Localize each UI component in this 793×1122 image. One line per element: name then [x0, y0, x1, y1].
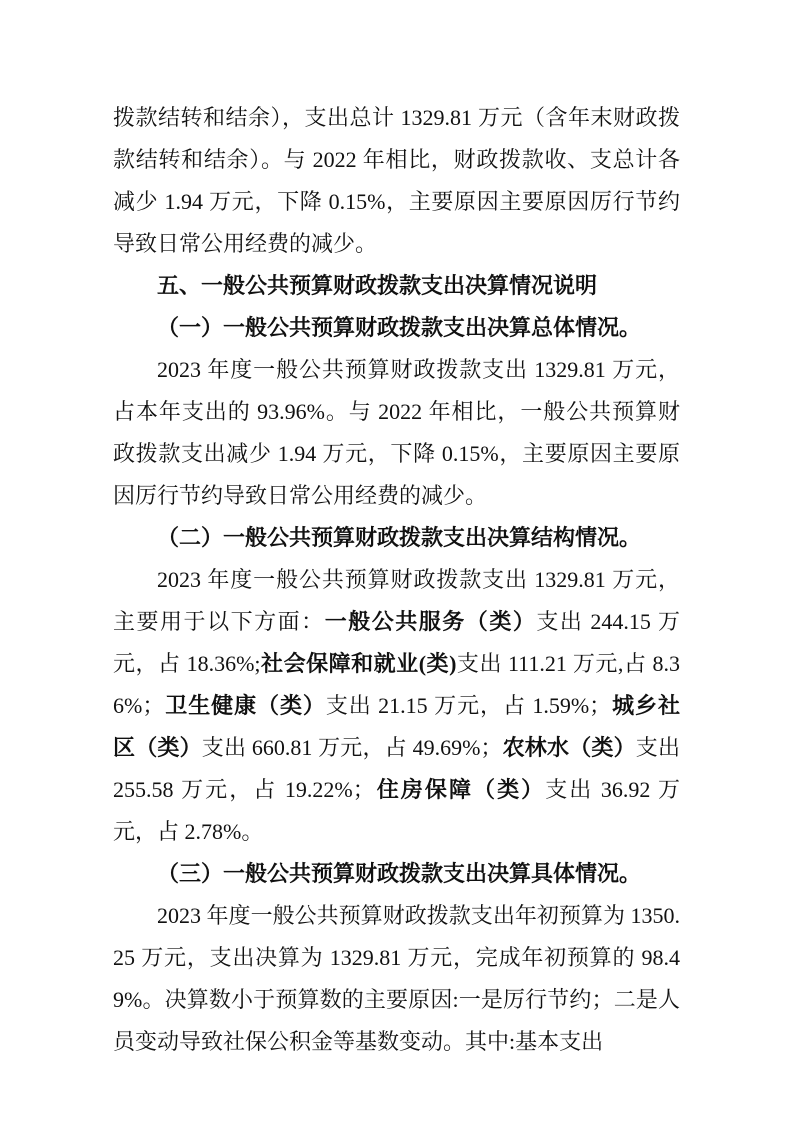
text-segment: 2023 年度一般公共预算财政拨款支出 1329.81 万元，占本年支出的 93…	[113, 357, 680, 508]
text-segment: 卫生健康（类）	[164, 693, 326, 718]
text-segment: 社会保障和就业(类)	[261, 651, 457, 676]
text-segment: 住房保障（类）	[375, 777, 546, 802]
paragraph-expenditure-structure: 2023 年度一般公共预算财政拨款支出 1329.81 万元，主要用于以下方面：…	[113, 559, 680, 853]
subsection-heading-three: （三）一般公共预算财政拨款支出决算具体情况。	[113, 853, 680, 895]
text-segment: （一）一般公共预算财政拨款支出决算总体情况。	[157, 315, 641, 340]
subsection-heading-two: （二）一般公共预算财政拨款支出决算结构情况。	[113, 517, 680, 559]
section-heading-five: 五、一般公共预算财政拨款支出决算情况说明	[113, 265, 680, 307]
text-segment: 支出 660.81 万元，占 49.69%；	[202, 735, 503, 760]
text-segment: 2023 年度一般公共预算财政拨款支出年初预算为 1350.25 万元，支出决算…	[113, 903, 680, 1054]
document-page: 拨款结转和结余），支出总计 1329.81 万元（含年末财政拨款结转和结余）。与…	[0, 0, 793, 1122]
text-segment: （二）一般公共预算财政拨款支出决算结构情况。	[157, 525, 641, 550]
text-segment: 支出 21.15 万元，占 1.59%；	[326, 693, 611, 718]
text-segment: （三）一般公共预算财政拨款支出决算具体情况。	[157, 861, 641, 886]
text-segment: 拨款结转和结余），支出总计 1329.81 万元（含年末财政拨款结转和结余）。与…	[113, 105, 680, 256]
text-segment: 农林水（类）	[502, 735, 635, 760]
subsection-heading-one: （一）一般公共预算财政拨款支出决算总体情况。	[113, 307, 680, 349]
paragraph-overall-situation: 2023 年度一般公共预算财政拨款支出 1329.81 万元，占本年支出的 93…	[113, 349, 680, 517]
document-content: 拨款结转和结余），支出总计 1329.81 万元（含年末财政拨款结转和结余）。与…	[113, 97, 680, 1063]
text-segment: 五、一般公共预算财政拨款支出决算情况说明	[157, 273, 597, 298]
paragraph-continued-from-previous-page: 拨款结转和结余），支出总计 1329.81 万元（含年末财政拨款结转和结余）。与…	[113, 97, 680, 265]
text-segment: 一般公共服务（类）	[325, 609, 537, 634]
paragraph-specific-situation: 2023 年度一般公共预算财政拨款支出年初预算为 1350.25 万元，支出决算…	[113, 895, 680, 1063]
